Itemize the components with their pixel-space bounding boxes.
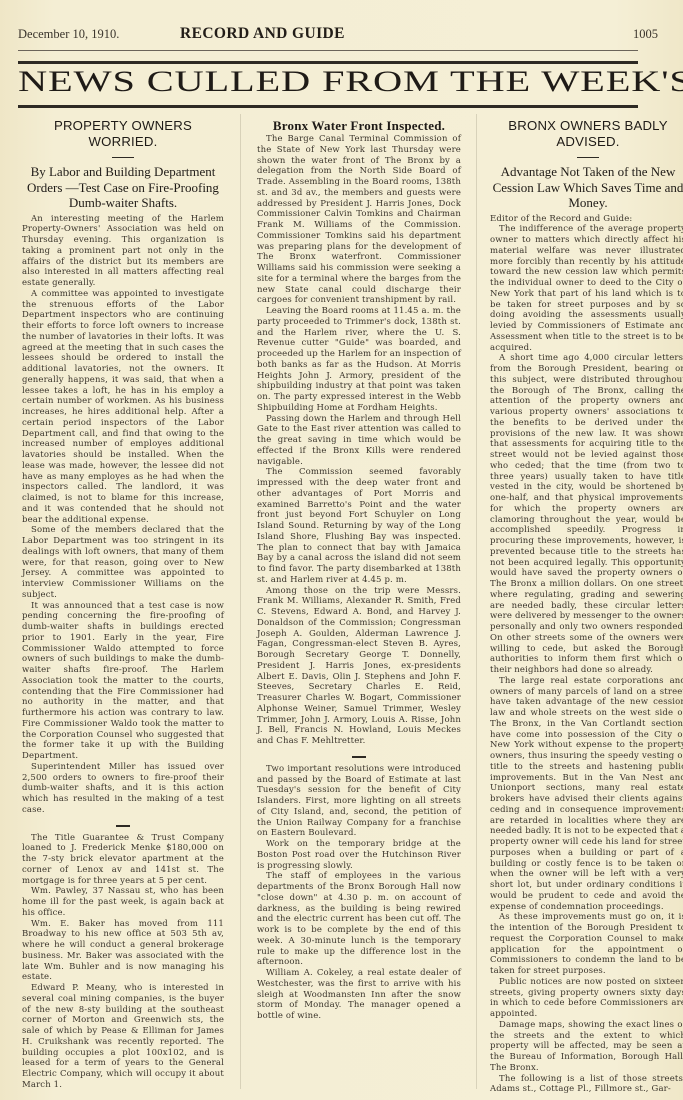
paragraph: Leaving the Board rooms at 11.45 a. m. t… [257, 306, 461, 414]
paragraph: Among those on the trip were Messrs. Fra… [257, 586, 461, 747]
paragraph: The large real estate corporations and o… [490, 676, 683, 913]
paragraph: As these improvements must go on, it is … [490, 912, 683, 977]
news-item: Work on the temporary bridge at the Bost… [257, 839, 461, 871]
article-title: Bronx Water Front Inspected. [257, 118, 461, 134]
paragraph: A short time ago 4,000 circular letters,… [490, 353, 683, 676]
paragraph: A committee was appointed to investigate… [22, 289, 224, 526]
paragraph: The indifference of the average property… [490, 224, 683, 353]
news-item: The Title Guarantee & Trust Company loan… [22, 833, 224, 887]
paragraph: The Barge Canal Terminal Commission of t… [257, 134, 461, 306]
column-right: BRONX OWNERS BADLY ADVISED. Advantage No… [490, 114, 683, 1095]
article-deck: By Labor and Building Department Orders … [22, 164, 224, 211]
paragraph: The following is a list of those streets… [490, 1074, 683, 1096]
article-title: PROPERTY OWNERS WORRIED. [22, 118, 224, 150]
column-divider [240, 114, 241, 1089]
news-item: Two important resolutions were introduce… [257, 764, 461, 839]
issue-date: December 10, 1910. [18, 27, 119, 42]
paragraph: Damage maps, showing the exact lines of … [490, 1020, 683, 1074]
salutation: Editor of the Record and Guide: [490, 214, 683, 225]
paragraph: Passing down the Harlem and through Hell… [257, 414, 461, 468]
paragraph: It was announced that a test case is now… [22, 601, 224, 762]
article-deck: Advantage Not Taken of the New Cession L… [490, 164, 683, 211]
article-body: An interesting meeting of the Harlem Pro… [22, 214, 224, 816]
news-item: Wm. Pawley, 37 Nassau st, who has been h… [22, 886, 224, 918]
title-rule [112, 157, 134, 158]
title-rule [577, 157, 599, 158]
news-item: Edward P. Meany, who is interested in se… [22, 983, 224, 1091]
paragraph: Superintendent Miller has issued over 2,… [22, 762, 224, 816]
news-item: William A. Cokeley, a real estate dealer… [257, 968, 461, 1022]
column-left: PROPERTY OWNERS WORRIED. By Labor and Bu… [22, 114, 224, 1091]
paragraph: An interesting meeting of the Harlem Pro… [22, 214, 224, 289]
column-middle: Bronx Water Front Inspected. The Barge C… [257, 114, 461, 1022]
item-separator [352, 756, 366, 758]
paragraph: Public notices are now posted on sixteen… [490, 977, 683, 1020]
newspaper-page: December 10, 1910. RECORD AND GUIDE 1005… [0, 0, 683, 1100]
news-items: Two important resolutions were introduce… [257, 764, 461, 1022]
paragraph: Some of the members declared that the La… [22, 525, 224, 600]
publication-title: RECORD AND GUIDE [180, 25, 345, 43]
headline-rule-top [18, 61, 638, 64]
news-item: The staff of employees in the various de… [257, 871, 461, 968]
column-divider [476, 114, 477, 1089]
news-items: The Title Guarantee & Trust Company loan… [22, 833, 224, 1091]
article-title: BRONX OWNERS BADLY ADVISED. [490, 118, 683, 150]
running-head: December 10, 1910. RECORD AND GUIDE 1005 [18, 22, 488, 44]
article-body: The Barge Canal Terminal Commission of t… [257, 134, 461, 747]
item-separator [116, 825, 130, 827]
headline-rule-bottom [18, 105, 638, 108]
page-number: 1005 [633, 27, 658, 42]
news-item: Wm. E. Baker has moved from 111 Broadway… [22, 919, 224, 984]
paragraph: The Commission seemed favorably impresse… [257, 467, 461, 585]
section-headline: NEWS CULLED FROM THE WEEK'S DOINGS [18, 66, 666, 99]
header-rule [18, 50, 638, 51]
article-body: The indifference of the average property… [490, 224, 683, 1095]
